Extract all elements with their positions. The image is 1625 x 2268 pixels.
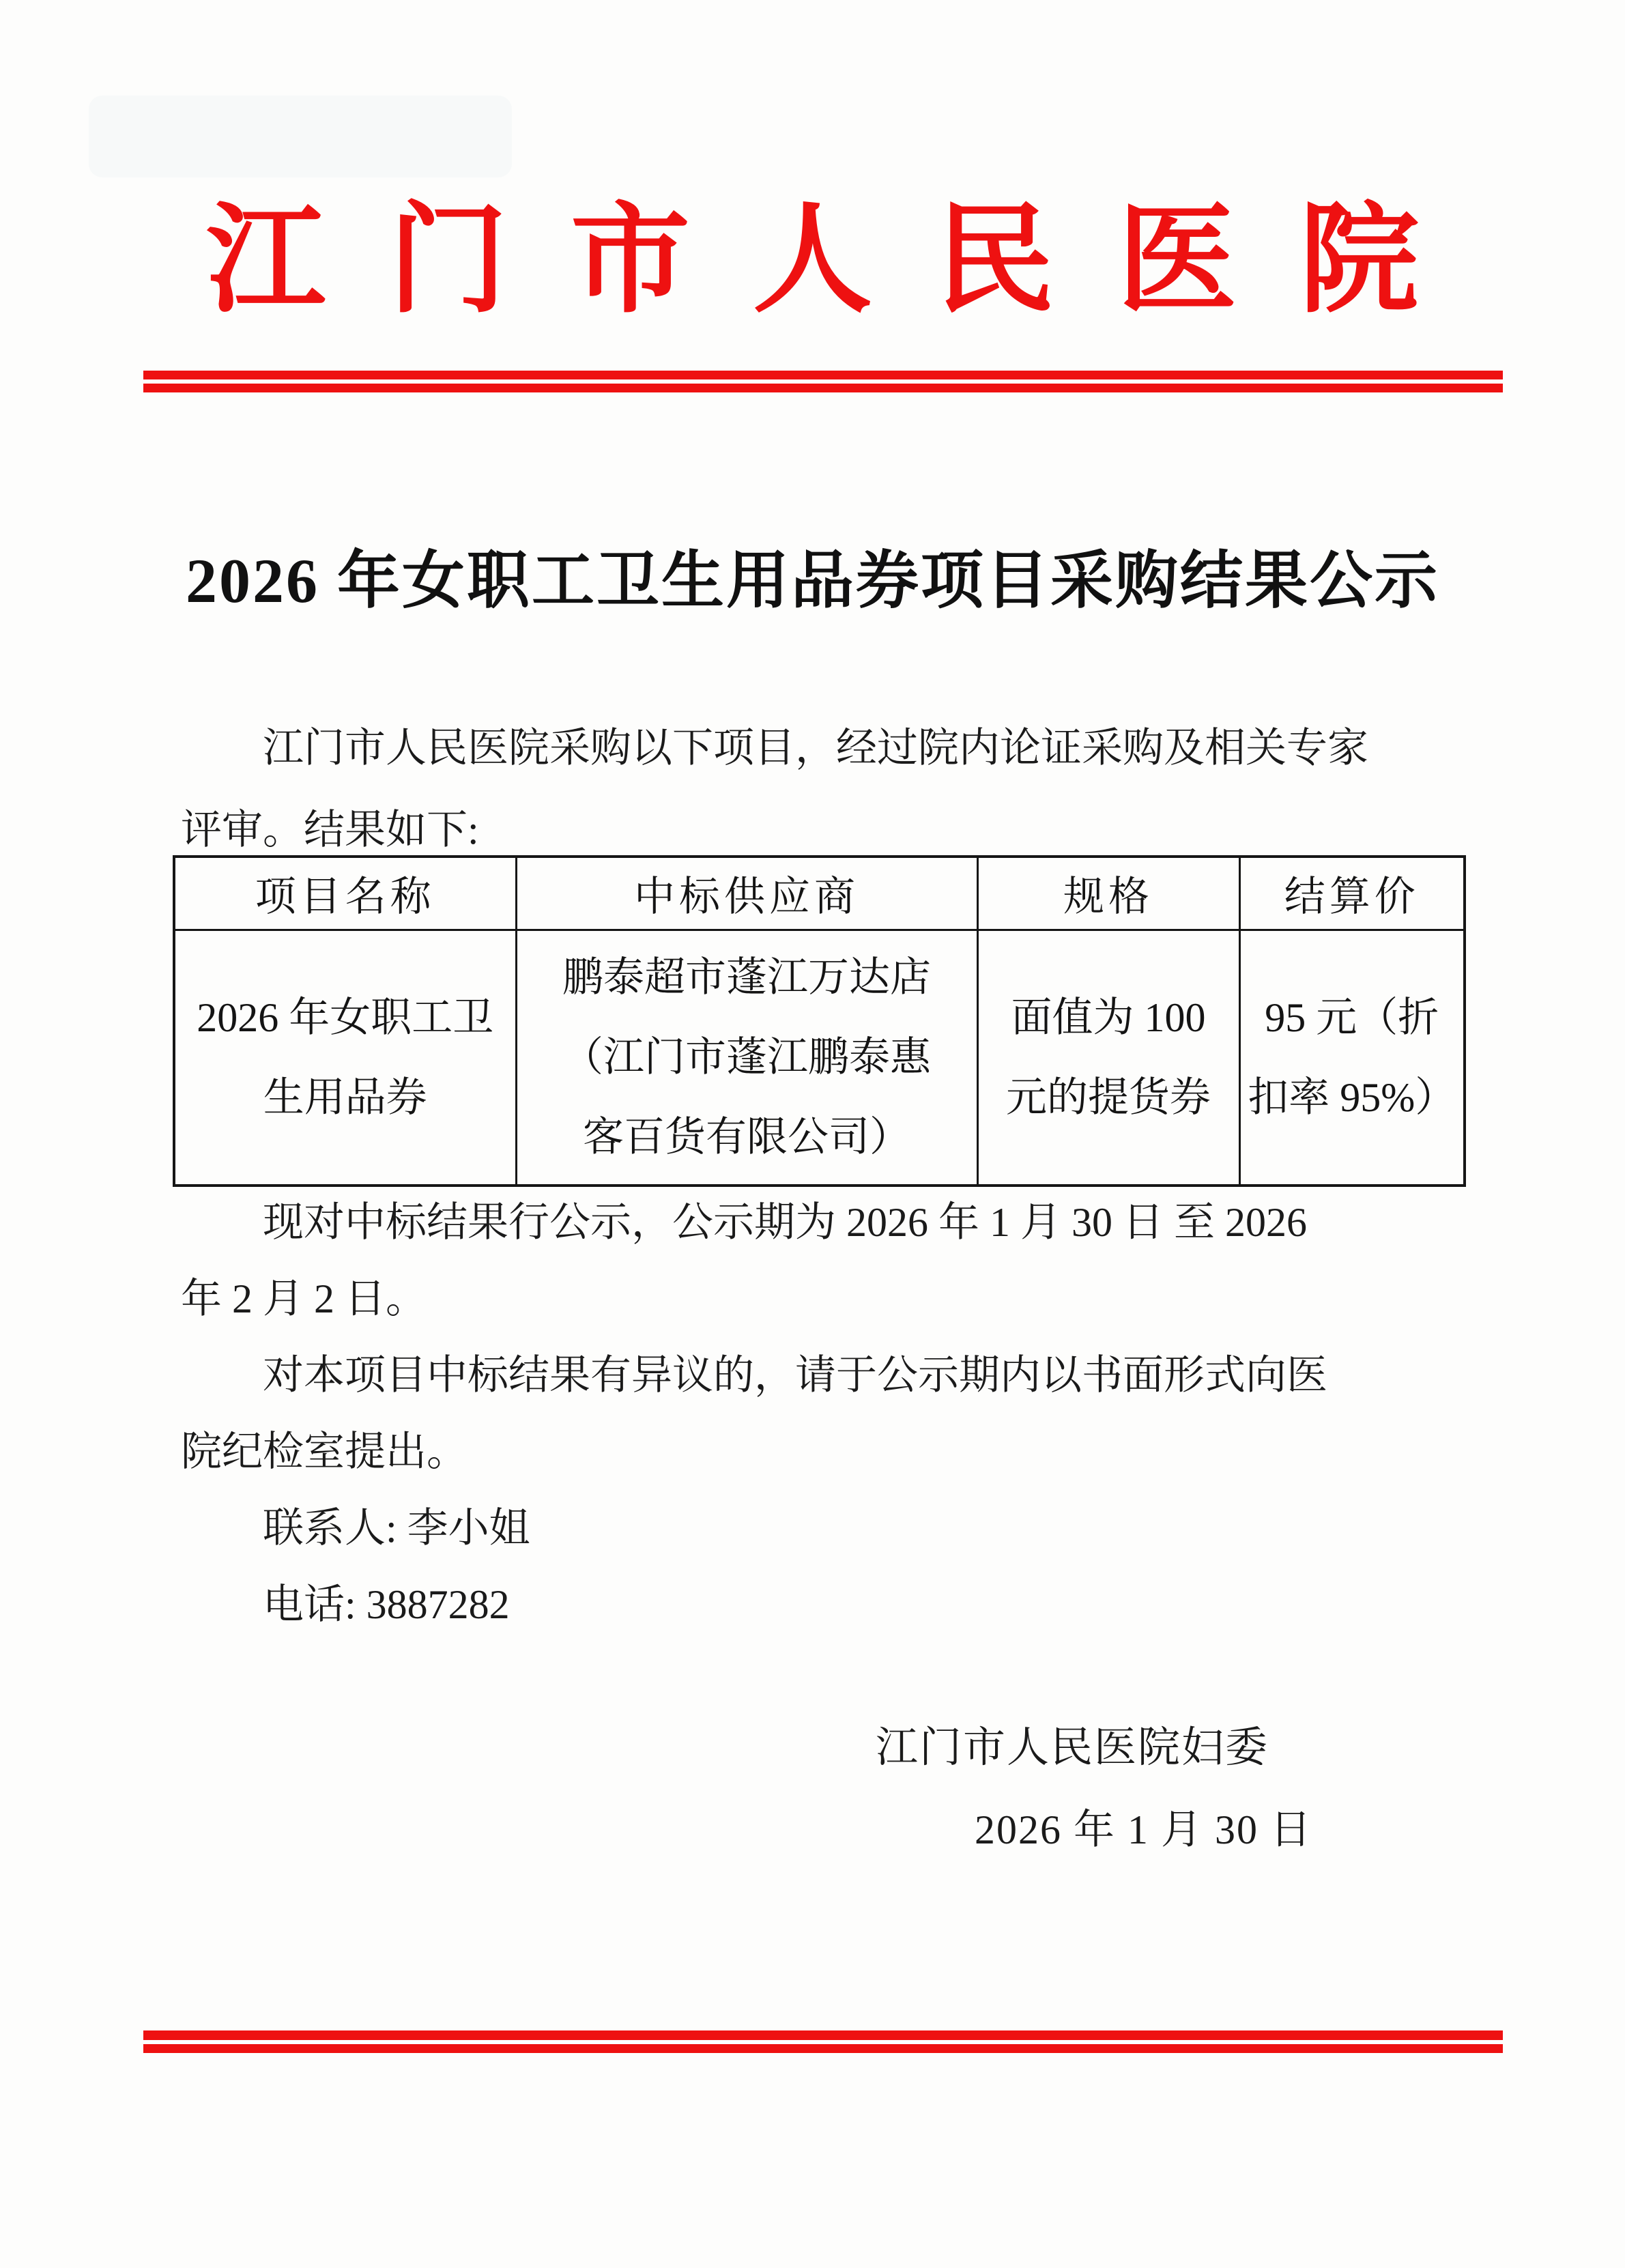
letterhead-rule-top-2 bbox=[143, 384, 1503, 392]
col-header-winning-supplier: 中标供应商 bbox=[516, 857, 977, 930]
hospital-letterhead-title: 江门市人民医院 bbox=[0, 192, 1625, 330]
col-header-settlement-price: 结算价 bbox=[1239, 857, 1465, 930]
intro-paragraph: 江门市人民医院采购以下项目，经过院内论证采购及相关专家 评审。结果如下: bbox=[181, 707, 1454, 871]
cell-specification: 面值为 100 元的提货券 bbox=[977, 930, 1239, 1186]
body-text-block: 现对中标结果行公示，公示期为 2026 年 1 月 30 日 至 2026 年 … bbox=[181, 1184, 1457, 1643]
cell-project-name: 2026 年女职工卫 生用品券 bbox=[174, 930, 516, 1186]
signature-organization: 江门市人民医院妇委 bbox=[876, 1710, 1269, 1786]
footer-rule-2 bbox=[143, 2044, 1503, 2053]
objection-paragraph: 对本项目中标结果有异议的，请于公示期内以书面形式向医 院纪检室提出。 bbox=[181, 1337, 1457, 1490]
signature-date: 2026 年 1 月 30 日 bbox=[975, 1792, 1312, 1868]
col-header-specification: 规格 bbox=[977, 857, 1239, 930]
contact-person-line: 联系人: 李小姐 bbox=[181, 1490, 1457, 1566]
cell-winning-supplier: 鹏泰超市蓬江万达店 （江门市蓬江鹏泰惠 客百货有限公司） bbox=[516, 930, 977, 1186]
table-header-row: 项目名称 中标供应商 规格 结算价 bbox=[174, 857, 1465, 930]
footer-rule-1 bbox=[143, 2030, 1503, 2040]
table-row: 2026 年女职工卫 生用品券 鹏泰超市蓬江万达店 （江门市蓬江鹏泰惠 客百货有… bbox=[174, 930, 1465, 1186]
col-header-project-name: 项目名称 bbox=[174, 857, 516, 930]
contact-phone-line: 电话: 3887282 bbox=[181, 1566, 1457, 1643]
procurement-result-table: 项目名称 中标供应商 规格 结算价 2026 年女职工卫 生用品券 鹏泰超市蓬江… bbox=[173, 855, 1466, 1187]
cell-settlement-price: 95 元（折 扣率 95%） bbox=[1239, 930, 1465, 1186]
scan-smudge-artifact bbox=[89, 96, 512, 177]
document-title: 2026 年女职工卫生用品券项目采购结果公示 bbox=[0, 543, 1625, 618]
announcement-paragraph: 现对中标结果行公示，公示期为 2026 年 1 月 30 日 至 2026 年 … bbox=[181, 1184, 1457, 1337]
scanned-document-page: 江门市人民医院 2026 年女职工卫生用品券项目采购结果公示 江门市人民医院采购… bbox=[0, 0, 1625, 2268]
letterhead-rule-top-1 bbox=[143, 371, 1503, 379]
